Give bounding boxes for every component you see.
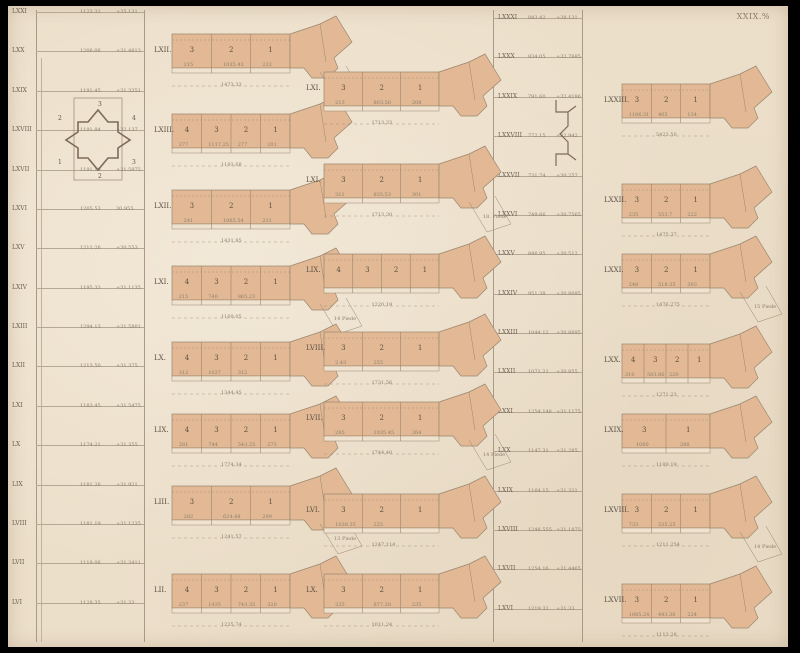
course-label: LXVIII. xyxy=(604,506,629,514)
stone-dimension: 277 xyxy=(238,142,248,148)
row-value-b: +31.33 xyxy=(116,600,135,606)
row-value-b: +30.512 xyxy=(556,251,578,257)
stone-number: 2 xyxy=(229,202,233,210)
stone-dimension: 277 xyxy=(179,142,189,148)
course-label: LVIII. xyxy=(306,344,325,352)
row-value-a: 1174.21 xyxy=(80,442,101,448)
row-value-a: 1191.45 xyxy=(80,88,101,94)
stone-number: 4 xyxy=(185,126,189,134)
course-note: 18. Piede xyxy=(483,214,507,220)
stone-dimension: 320 xyxy=(267,602,277,608)
row-value-b: +30.855 xyxy=(556,369,578,375)
stone-course-shape xyxy=(622,176,790,256)
stone-dimension: 299 xyxy=(262,514,272,520)
row-value-a: 1254.16 xyxy=(528,566,549,572)
stone-dimension: 248 xyxy=(629,282,639,288)
stone-number: 4 xyxy=(631,356,635,364)
row-value-b: +30.7565 xyxy=(556,212,581,218)
stone-dimension: 1035.45 xyxy=(374,430,395,436)
stone-number: 3 xyxy=(190,202,194,210)
stone-number: 1 xyxy=(418,176,422,184)
course-total: 1473.33 xyxy=(221,82,242,88)
row-value-b: +31.5475 xyxy=(116,403,141,409)
row-label: LXI xyxy=(12,402,23,409)
stone-dimension: 543.25 xyxy=(238,442,256,448)
stone-dimension: 288 xyxy=(680,442,690,448)
course-label: LXVII. xyxy=(604,596,626,604)
stone-number: 3 xyxy=(635,196,639,204)
stone-dimension: 2.43 xyxy=(335,360,346,366)
course-total: 1476.275 xyxy=(656,302,680,308)
course-total: 1431.85 xyxy=(221,238,242,244)
stone-dimension: 443.36 xyxy=(658,612,676,618)
stone-number: 3 xyxy=(341,506,345,514)
course-total: 1189.19 xyxy=(656,462,677,468)
course-plan: LXXI.321248518.353031476.27515 Piede xyxy=(622,246,790,316)
row-value-a: 1213.50 xyxy=(80,363,101,369)
course-total: 1193.68 xyxy=(221,162,242,168)
stone-number: 1 xyxy=(693,596,697,604)
stone-number: 2 xyxy=(380,586,384,594)
course-plan: LVIII.3212.432551731.56 xyxy=(324,324,519,394)
stone-number: 2 xyxy=(244,278,248,286)
course-total: 1713.33 xyxy=(372,120,393,126)
stone-course-shape xyxy=(324,394,519,474)
stone-dimension: 583.86 xyxy=(647,372,665,378)
course-label: LVII. xyxy=(306,414,323,422)
row-value-a: 1254.148 xyxy=(528,409,552,415)
row-value-a: 1248.555 xyxy=(528,527,552,533)
stone-number: 3 xyxy=(341,344,345,352)
row-label: LXII xyxy=(12,362,25,369)
row-label: LXXI xyxy=(12,8,27,15)
row-value-a: 1044.12 xyxy=(528,330,549,336)
stone-dimension: 553.7 xyxy=(658,212,672,218)
row-value-b: 30.955 xyxy=(116,206,134,212)
course-total: 5423.50 xyxy=(656,132,677,138)
row-value-b: +31.3351 xyxy=(116,88,141,94)
course-total: 1731.56 xyxy=(372,380,393,386)
stone-dimension: 310 xyxy=(625,372,635,378)
stone-dimension: 224 xyxy=(687,612,697,618)
stone-dimension: 275 xyxy=(267,442,277,448)
row-value-b: +35.131 xyxy=(116,9,138,15)
row-value-a: 1211.26 xyxy=(80,245,101,251)
stone-number: 2 xyxy=(380,344,384,352)
catalog-mark: XXIX.% xyxy=(737,12,770,21)
row-label: LXIV xyxy=(12,284,27,291)
row-value-a: 1206.06 xyxy=(80,48,101,54)
course-total: 1011.24 xyxy=(372,622,393,628)
row-value-b: +31.285 xyxy=(556,448,578,454)
stone-number: 1 xyxy=(273,426,277,434)
stone-number: 2 xyxy=(229,46,233,54)
course-note: 14 Piede xyxy=(483,452,505,458)
stone-dimension: 235 xyxy=(629,212,639,218)
row-value-a: 1164.15 xyxy=(528,488,549,494)
stone-number: 3 xyxy=(190,46,194,54)
course-total: 1344.45 xyxy=(221,390,242,396)
stone-number: 2 xyxy=(244,586,248,594)
course-plan: LXIX.3110602881189.19 xyxy=(622,406,790,476)
course-label: LII. xyxy=(154,586,166,594)
stone-number: 2 xyxy=(244,426,248,434)
stone-number: 3 xyxy=(635,506,639,514)
row-value-a: 834.05 xyxy=(528,54,546,60)
stone-number: 3 xyxy=(341,586,345,594)
stone-number: 3 xyxy=(642,426,646,434)
stone-dimension: 281 xyxy=(179,442,189,448)
course-label: LXIII. xyxy=(154,126,174,134)
row-label: LIX xyxy=(12,481,23,488)
course-plan: LX.321235877.282351011.24 xyxy=(324,566,519,636)
stone-number: 2 xyxy=(664,266,668,274)
stone-course-shape xyxy=(324,566,519,646)
stone-number: 2 xyxy=(229,498,233,506)
row-label: LX xyxy=(12,441,20,448)
stone-course-shape xyxy=(324,156,519,236)
stone-number: 1 xyxy=(423,266,427,274)
stone-number: 1 xyxy=(268,46,272,54)
course-total: 1247.114 xyxy=(372,542,396,548)
course-label: LXI. xyxy=(154,278,169,286)
stone-number: 1 xyxy=(418,414,422,422)
row-value-b: +30.553 xyxy=(116,245,138,251)
stone-number: 1 xyxy=(686,426,690,434)
course-label: LXII. xyxy=(154,202,171,210)
course-total: 1475.37 xyxy=(656,232,677,238)
stone-number: 1 xyxy=(268,498,272,506)
stone-number: 2 xyxy=(380,176,384,184)
stone-number: 3 xyxy=(341,414,345,422)
row-label: LXVII xyxy=(12,166,29,173)
row-value-b: +31.321 xyxy=(556,488,578,494)
row-label: LXXXI xyxy=(498,14,517,21)
stone-number: 2 xyxy=(244,126,248,134)
stone-dimension: 311 xyxy=(335,192,345,198)
right-table-notch-icon xyxy=(548,98,584,168)
stone-dimension: 624.48 xyxy=(223,514,241,520)
row-value-a: 1071.21 xyxy=(528,369,549,375)
course-plan: LVII.3212851035.452641744.4014 Piede xyxy=(324,394,519,464)
stone-number: 2 xyxy=(664,196,668,204)
row-value-b: +31.4465 xyxy=(556,566,581,572)
row-value-a: 843.42 xyxy=(528,15,546,21)
row-label: LXX xyxy=(12,47,25,54)
stone-dimension: 264 xyxy=(412,430,422,436)
row-label: LXVI xyxy=(12,205,27,212)
stone-dimension: 743.35 xyxy=(238,602,256,608)
course-label: LXXII. xyxy=(604,196,626,204)
stone-number: 2 xyxy=(380,414,384,422)
row-label: LXVIII xyxy=(12,126,32,133)
stone-dimension: 803.56 xyxy=(374,100,392,106)
stone-dimension: 255 xyxy=(374,360,384,366)
course-plan: LVI.3211038.352251247.114 xyxy=(324,486,519,556)
row-value-b: +31.33 xyxy=(556,606,575,612)
course-label: LXXI. xyxy=(604,266,624,274)
row-value-a: 1123.32 xyxy=(80,9,101,15)
course-total: 1211.254 xyxy=(656,542,680,548)
stone-number: 1 xyxy=(693,266,697,274)
stone-dimension: 222 xyxy=(687,212,697,218)
stone-number: 2 xyxy=(664,596,668,604)
stone-dimension: 835.53 xyxy=(374,192,392,198)
stone-number: 4 xyxy=(185,354,189,362)
row-value-a: 1119.06 xyxy=(80,560,101,566)
row-value-b: +31.5801 xyxy=(116,324,141,330)
stone-dimension: 231 xyxy=(262,218,272,224)
row-value-a: 1205.53 xyxy=(80,206,101,212)
stone-dimension: 740 xyxy=(208,294,218,300)
stone-dimension: 220 xyxy=(669,372,679,378)
row-label: LXXX xyxy=(498,53,515,60)
course-total: 1744.40 xyxy=(372,450,393,456)
stone-number: 3 xyxy=(214,426,218,434)
course-plan: LXX.4321310583.862201271.23 xyxy=(622,336,790,406)
stone-dimension: 405 xyxy=(658,112,668,118)
course-plan: LXVII.3211085.24443.362241113.28 xyxy=(622,576,790,646)
stone-dimension: 303 xyxy=(687,282,697,288)
course-total: 1774.34 xyxy=(221,462,242,468)
stone-number: 2 xyxy=(664,506,668,514)
stone-number: 1 xyxy=(697,356,701,364)
row-label: LVII xyxy=(12,559,24,566)
row-value-a: 1219.32 xyxy=(528,606,549,612)
row-label: LXV xyxy=(12,244,25,251)
stone-number: 3 xyxy=(653,356,657,364)
row-value-a: 731.74 xyxy=(528,173,546,179)
row-value-a: 1294.13 xyxy=(80,324,101,330)
row-value-b: +31.1875 xyxy=(556,527,581,533)
stone-number: 1 xyxy=(418,506,422,514)
svg-text:2: 2 xyxy=(58,115,62,122)
stone-dimension: 235 xyxy=(412,602,422,608)
row-value-a: 1181.19 xyxy=(80,521,101,527)
stone-dimension: 213 xyxy=(335,100,345,106)
stone-dimension: 518.35 xyxy=(658,282,676,288)
stone-dimension: 1065.54 xyxy=(223,218,244,224)
course-label: LXII. xyxy=(154,46,171,54)
stone-number: 1 xyxy=(418,84,422,92)
row-value-a: 951.38 xyxy=(528,291,546,297)
stone-number: 3 xyxy=(635,596,639,604)
stone-number: 2 xyxy=(380,84,384,92)
stone-number: 1 xyxy=(268,202,272,210)
row-value-a: 846.95 xyxy=(528,251,546,257)
row-value-b: +31.3411 xyxy=(116,560,141,566)
row-value-b: +31.1175 xyxy=(556,409,581,415)
stone-dimension: 215 xyxy=(179,294,189,300)
svg-text:1: 1 xyxy=(58,159,62,166)
stone-number: 3 xyxy=(341,176,345,184)
stone-dimension: 241 xyxy=(184,218,194,224)
stone-number: 3 xyxy=(214,126,218,134)
left-table-inner-line xyxy=(41,58,42,642)
stone-dimension: 312 xyxy=(179,370,189,376)
course-label: LXXIII. xyxy=(604,96,629,104)
stone-dimension: 733 xyxy=(629,522,639,528)
course-label: LIII. xyxy=(154,498,169,506)
stone-number: 1 xyxy=(693,96,697,104)
course-plan: LIX.43211220.19 xyxy=(324,246,519,316)
svg-text:4: 4 xyxy=(132,115,136,122)
row-value-b: +31.921 xyxy=(116,482,138,488)
stone-dimension: 312 xyxy=(238,370,248,376)
stone-number: 2 xyxy=(394,266,398,274)
stone-number: 2 xyxy=(380,506,384,514)
stone-dimension: 215 xyxy=(184,62,194,68)
stone-number: 3 xyxy=(635,96,639,104)
course-plan: LXXIII.3211186.314051345423.50 xyxy=(622,76,790,146)
left-table-outer-line xyxy=(36,10,37,642)
stone-number: 2 xyxy=(664,96,668,104)
course-total: 1235.74 xyxy=(221,622,242,628)
stone-dimension: 865.23 xyxy=(238,294,256,300)
course-label: LX. xyxy=(306,586,318,594)
course-plan: LXI.321311835.533011713.3018. Piede xyxy=(324,156,519,226)
svg-text:2: 2 xyxy=(98,173,102,180)
stone-dimension: 232 xyxy=(262,62,272,68)
row-value-a: 1181.26 xyxy=(80,482,101,488)
stone-number: 1 xyxy=(273,586,277,594)
row-value-b: +31.355 xyxy=(116,442,138,448)
stone-dimension: 1117.25 xyxy=(208,142,229,148)
course-note: 14 Piede xyxy=(754,544,776,550)
octagonal-plan-icon: 2 3 4 1 3 2 xyxy=(46,96,146,186)
course-total: 1169.05 xyxy=(221,314,242,320)
row-label: LVIII xyxy=(12,520,27,527)
course-plan: LXVIII.321733535.251211.25414 Piede xyxy=(622,486,790,556)
row-value-b: +30.257 xyxy=(556,173,578,179)
course-label: LIX. xyxy=(306,266,321,274)
stone-number: 3 xyxy=(214,354,218,362)
stone-number: 3 xyxy=(635,266,639,274)
svg-text:3: 3 xyxy=(132,159,136,166)
stone-number: 2 xyxy=(675,356,679,364)
row-value-b: +31.4813 xyxy=(116,48,141,54)
stone-number: 1 xyxy=(273,354,277,362)
stone-dimension: 237 xyxy=(179,602,189,608)
stone-dimension: 1038.35 xyxy=(335,522,356,528)
stone-dimension: 225 xyxy=(374,522,384,528)
stone-dimension: 235 xyxy=(335,602,345,608)
row-value-b: +38.131 xyxy=(556,15,578,21)
course-label: LXI. xyxy=(306,84,321,92)
row-label: LXIII xyxy=(12,323,27,330)
stone-number: 1 xyxy=(418,586,422,594)
stone-number: 2 xyxy=(244,354,248,362)
stone-number: 3 xyxy=(190,498,194,506)
stone-dimension: 1027 xyxy=(208,370,221,376)
row-label: LXIX xyxy=(12,87,27,94)
row-value-b: +31.375 xyxy=(116,363,138,369)
course-plan: LXXII.321235553.72221475.37 xyxy=(622,176,790,246)
row-value-a: 1147.31 xyxy=(528,448,549,454)
row-value-a: 1195.33 xyxy=(80,285,101,291)
course-total: 1113.28 xyxy=(656,632,677,638)
stone-course-shape xyxy=(324,246,519,326)
stone-dimension: 535.25 xyxy=(658,522,676,528)
stone-dimension: 1085.24 xyxy=(629,612,650,618)
stone-number: 4 xyxy=(185,278,189,286)
stone-number: 1 xyxy=(418,344,422,352)
row-value-b: +31.1235 xyxy=(116,521,141,527)
course-label: LVI. xyxy=(306,506,320,514)
stone-number: 4 xyxy=(185,426,189,434)
stone-number: 3 xyxy=(214,586,218,594)
svg-text:3: 3 xyxy=(98,101,102,108)
stone-number: 1 xyxy=(693,506,697,514)
stone-dimension: 134 xyxy=(687,112,697,118)
stone-dimension: 744 xyxy=(208,442,218,448)
stone-dimension: 208 xyxy=(412,100,422,106)
stone-dimension: 1035.43 xyxy=(223,62,244,68)
row-value-b: +30.8095 xyxy=(556,291,581,297)
stone-dimension: 285 xyxy=(335,430,345,436)
stone-dimension: 1435 xyxy=(208,602,221,608)
course-total: 1713.30 xyxy=(372,212,393,218)
course-label: LIX. xyxy=(154,426,169,434)
course-total: 1271.23 xyxy=(656,392,677,398)
stone-dimension: 1060 xyxy=(636,442,649,448)
row-value-b: +31.1135 xyxy=(116,285,141,291)
stone-course-shape xyxy=(622,486,790,566)
stone-number: 1 xyxy=(273,126,277,134)
row-value-b: +30.8695 xyxy=(556,330,581,336)
course-note: 15 Piede xyxy=(754,304,776,310)
row-value-a: 749.66 xyxy=(528,212,546,218)
stone-dimension: 301 xyxy=(412,192,422,198)
row-value-b: +32.7685 xyxy=(556,54,581,60)
row-value-a: 1128.35 xyxy=(80,600,101,606)
row-value-a: 791.60 xyxy=(528,94,546,100)
row-value-a: 772.15 xyxy=(528,133,546,139)
stone-course-shape xyxy=(324,64,519,144)
stone-number: 1 xyxy=(273,278,277,286)
course-total: 1241.57 xyxy=(221,534,242,540)
stone-dimension: 201 xyxy=(267,142,277,148)
drawing-sheet: XXIX.% LXXI1123.32+35.131LXX1206.06+31.4… xyxy=(8,6,788,647)
course-label: LXIX. xyxy=(604,426,624,434)
course-label: LX. xyxy=(154,354,166,362)
row-value-a: 1183.45 xyxy=(80,403,101,409)
stone-number: 1 xyxy=(693,196,697,204)
stone-number: 3 xyxy=(341,84,345,92)
stone-number: 4 xyxy=(185,586,189,594)
course-label: LXX. xyxy=(604,356,621,364)
stone-course-shape xyxy=(622,246,790,326)
stone-dimension: 1186.31 xyxy=(629,112,650,118)
course-total: 1220.19 xyxy=(372,302,393,308)
stone-number: 3 xyxy=(214,278,218,286)
stone-dimension: 877.28 xyxy=(374,602,392,608)
stone-number: 3 xyxy=(365,266,369,274)
course-plan: LXI.321213803.562081713.33 xyxy=(324,64,519,134)
course-label: LXI. xyxy=(306,176,321,184)
stone-dimension: 282 xyxy=(184,514,194,520)
stone-number: 4 xyxy=(336,266,340,274)
row-label: LVI xyxy=(12,599,22,606)
